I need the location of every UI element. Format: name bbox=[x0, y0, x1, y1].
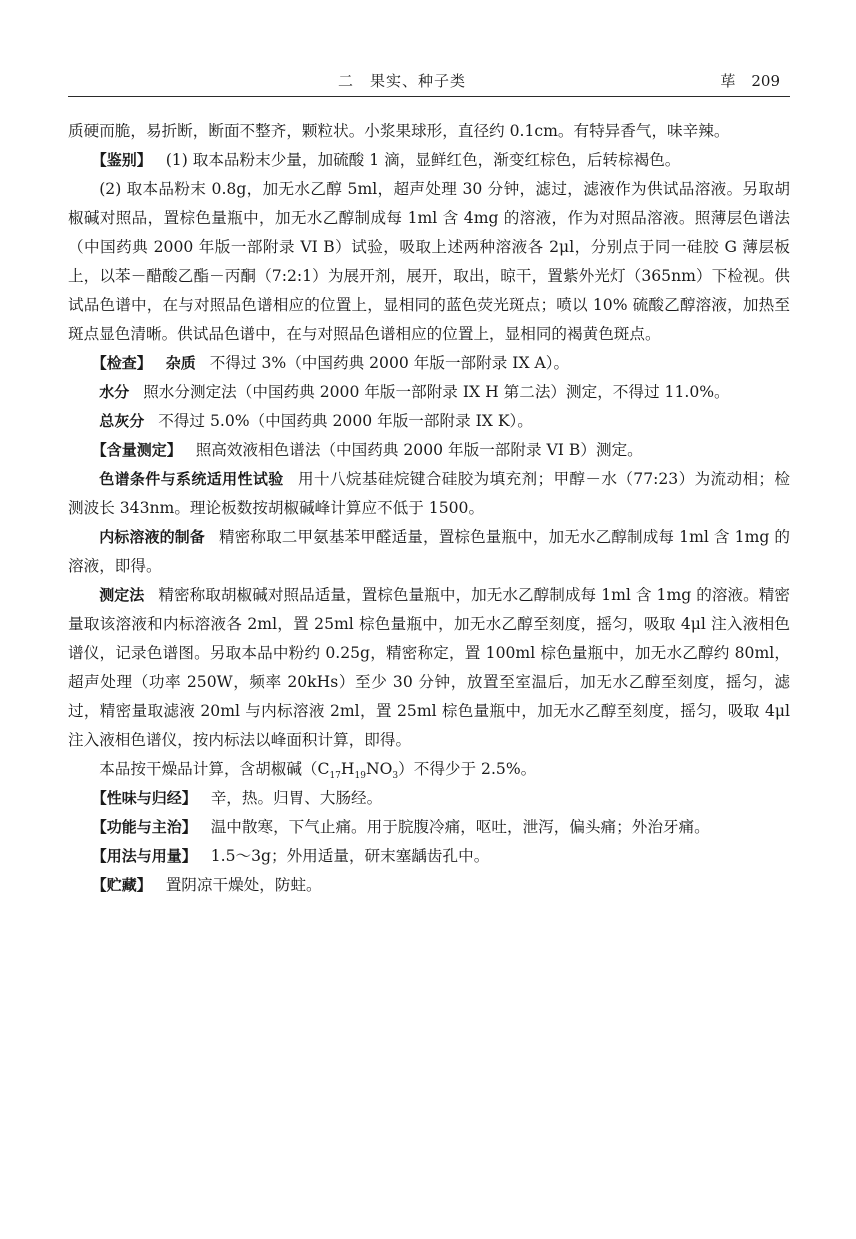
internal-standard-label: 内标溶液的制备 bbox=[99, 528, 205, 546]
assay-label: 【含量测定】 bbox=[92, 441, 182, 459]
inspection-label: 【检查】 bbox=[92, 354, 152, 372]
impurity-text: 不得过 3%（中国药典 2000 年版一部附录 IX A）。 bbox=[210, 354, 569, 372]
method-text: 精密称取胡椒碱对照品适量，置棕色量瓶中，加无水乙醇制成每 1ml 含 1mg 的… bbox=[68, 586, 790, 749]
identification-text-1: (1) 取本品粉末少量，加硫酸 1 滴，显鲜红色，渐变红棕色，后转棕褐色。 bbox=[166, 151, 681, 169]
function-text: 温中散寒，下气止痛。用于脘腹冷痛，呕吐，泄泻，偏头痛；外治牙痛。 bbox=[211, 818, 710, 836]
page-header: 二果实、种子类 荜209 bbox=[68, 66, 790, 97]
method-label: 测定法 bbox=[99, 586, 144, 604]
inspection-water: 水分照水分测定法（中国药典 2000 年版一部附录 IX H 第二法）测定，不得… bbox=[68, 378, 790, 407]
ash-label: 总灰分 bbox=[99, 412, 144, 430]
assay-method: 测定法精密称取胡椒碱对照品适量，置棕色量瓶中，加无水乙醇制成每 1ml 含 1m… bbox=[68, 581, 790, 755]
storage-label: 【贮藏】 bbox=[92, 876, 152, 894]
page-number: 209 bbox=[751, 72, 780, 90]
herb-name: 荜 bbox=[720, 72, 735, 90]
formula-h: H bbox=[341, 760, 355, 778]
inspection-impurity: 【检查】杂质不得过 3%（中国药典 2000 年版一部附录 IX A）。 bbox=[68, 349, 790, 378]
assay-result: 本品按干燥品计算，含胡椒碱（C17H19NO3）不得少于 2.5%。 bbox=[68, 755, 790, 784]
page-body: 质硬而脆，易折断，断面不整齐，颗粒状。小浆果球形，直径约 0.1cm。有特异香气… bbox=[68, 117, 790, 900]
identification-label: 【鉴别】 bbox=[92, 151, 152, 169]
formula-c-count: 17 bbox=[329, 771, 340, 781]
water-text: 照水分测定法（中国药典 2000 年版一部附录 IX H 第二法）测定，不得过 … bbox=[143, 383, 729, 401]
usage-label: 【用法与用量】 bbox=[92, 847, 197, 865]
inspection-ash: 总灰分不得过 5.0%（中国药典 2000 年版一部附录 IX K）。 bbox=[68, 407, 790, 436]
impurity-label: 杂质 bbox=[166, 354, 196, 372]
identification-item-1: 【鉴别】(1) 取本品粉末少量，加硫酸 1 滴，显鲜红色，渐变红棕色，后转棕褐色… bbox=[68, 146, 790, 175]
assay-text: 照高效液相色谱法（中国药典 2000 年版一部附录 VI B）测定。 bbox=[196, 441, 643, 459]
function-section: 【功能与主治】温中散寒，下气止痛。用于脘腹冷痛，呕吐，泄泻，偏头痛；外治牙痛。 bbox=[68, 813, 790, 842]
intro-paragraph: 质硬而脆，易折断，断面不整齐，颗粒状。小浆果球形，直径约 0.1cm。有特异香气… bbox=[68, 117, 790, 146]
chapter-number: 二 bbox=[338, 72, 354, 90]
storage-text: 置阴凉干燥处，防蛀。 bbox=[166, 876, 322, 894]
formula-h-count: 19 bbox=[355, 771, 366, 781]
result-text-post: ）不得少于 2.5%。 bbox=[398, 760, 536, 778]
chromatography-label: 色谱条件与系统适用性试验 bbox=[99, 470, 283, 488]
identification-item-2: (2) 取本品粉末 0.8g，加无水乙醇 5ml，超声处理 30 分钟，滤过，滤… bbox=[68, 175, 790, 349]
nature-text: 辛，热。归胃、大肠经。 bbox=[211, 789, 383, 807]
assay-chromatography: 色谱条件与系统适用性试验用十八烷基硅烷键合硅胶为填充剂；甲醇－水（77:23）为… bbox=[68, 465, 790, 523]
nature-section: 【性味与归经】辛，热。归胃、大肠经。 bbox=[68, 784, 790, 813]
function-label: 【功能与主治】 bbox=[92, 818, 197, 836]
water-label: 水分 bbox=[99, 383, 129, 401]
ash-text: 不得过 5.0%（中国药典 2000 年版一部附录 IX K）。 bbox=[158, 412, 533, 430]
result-text-pre: 本品按干燥品计算，含胡椒碱（C bbox=[99, 760, 329, 778]
usage-text: 1.5～3g；外用适量，研末塞龋齿孔中。 bbox=[211, 847, 490, 865]
chapter-heading: 二果实、种子类 bbox=[338, 70, 466, 91]
assay-intro: 【含量测定】照高效液相色谱法（中国药典 2000 年版一部附录 VI B）测定。 bbox=[68, 436, 790, 465]
usage-section: 【用法与用量】1.5～3g；外用适量，研末塞龋齿孔中。 bbox=[68, 842, 790, 871]
running-head-right: 荜209 bbox=[720, 70, 780, 91]
chapter-title: 果实、种子类 bbox=[370, 72, 466, 90]
assay-internal-standard: 内标溶液的制备精密称取二甲氨基苯甲醛适量，置棕色量瓶中，加无水乙醇制成每 1ml… bbox=[68, 523, 790, 581]
nature-label: 【性味与归经】 bbox=[92, 789, 197, 807]
storage-section: 【贮藏】置阴凉干燥处，防蛀。 bbox=[68, 871, 790, 900]
formula-no: NO bbox=[366, 760, 392, 778]
